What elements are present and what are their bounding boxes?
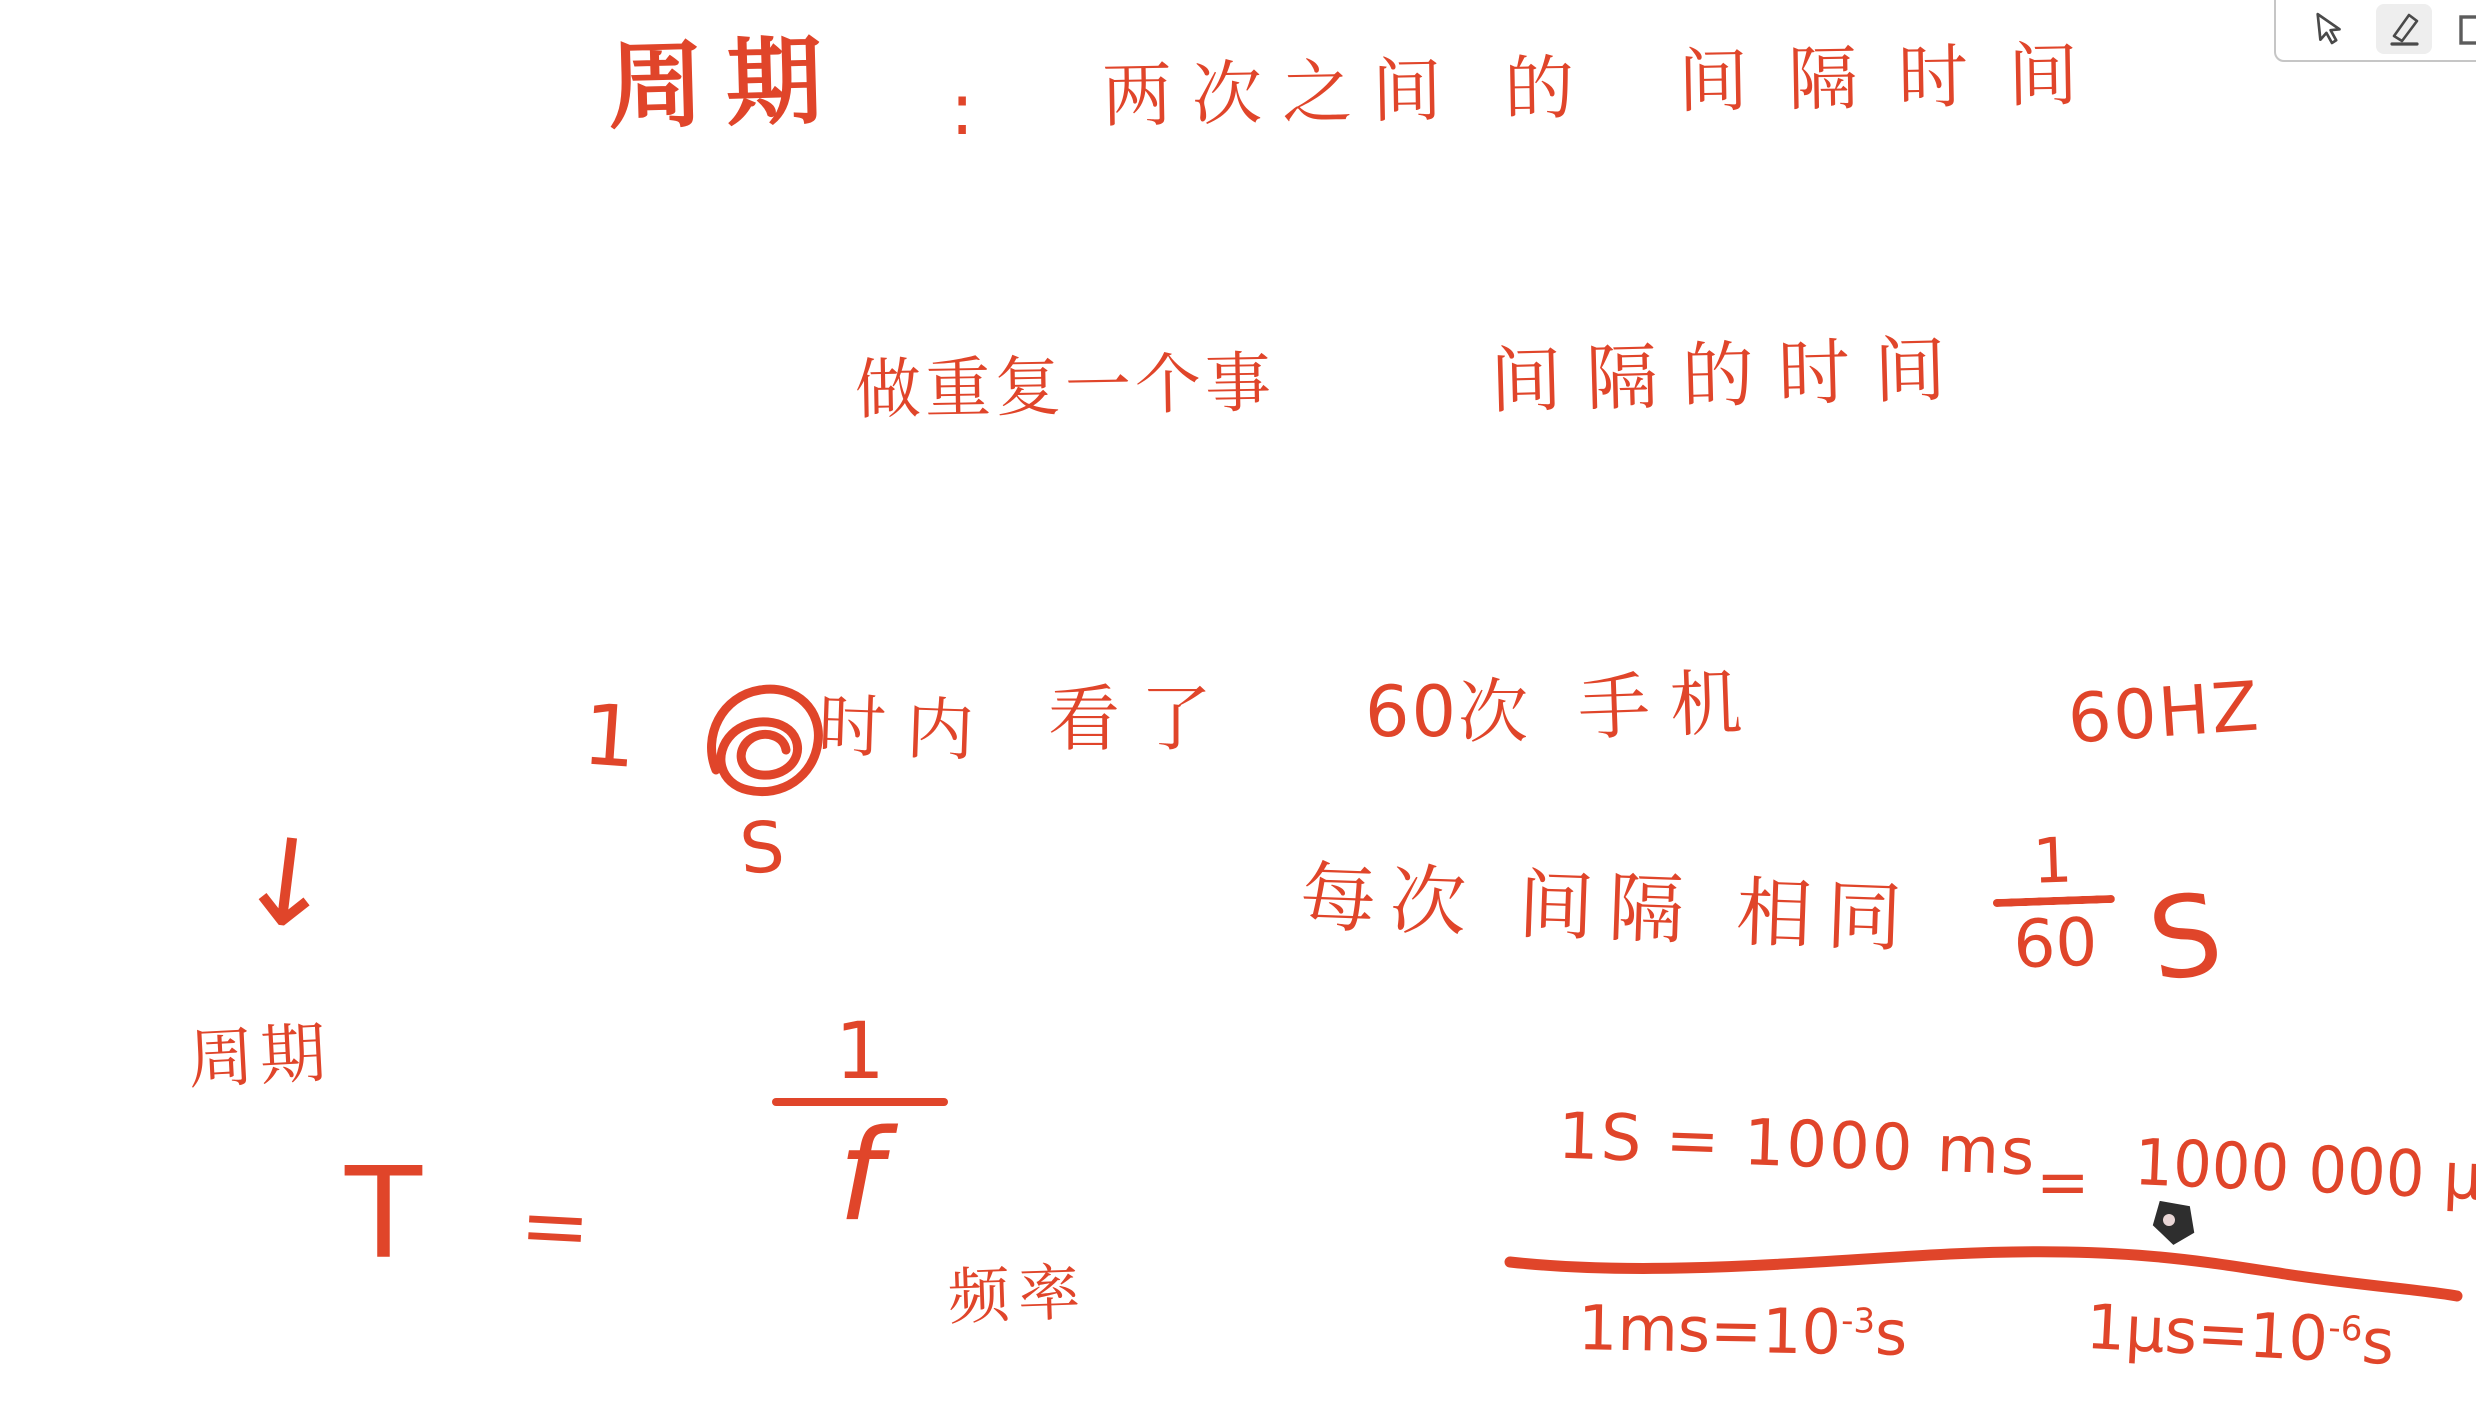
example-times: 60次 — [1365, 676, 1530, 750]
note-definition-line1b: 间隔时间 — [1677, 38, 2118, 119]
us-exponent: -6 — [2327, 1308, 2363, 1350]
us-base: 1μs=10 — [2084, 1290, 2330, 1376]
fraction-numerator: 1 — [2032, 827, 2074, 893]
conversion-seconds-to-ms: 1S = 1000 ms — [1557, 1104, 2038, 1188]
ms-exponent: -3 — [1841, 1301, 1876, 1342]
drawing-toolbar — [2274, 0, 2476, 62]
conversion-ms-definition: 1ms=10-3s — [1577, 1295, 1907, 1366]
shape-tool-button[interactable] — [2454, 4, 2476, 54]
fraction-unit-seconds: S — [2142, 876, 2229, 1002]
example-unit: 时内 — [817, 691, 995, 768]
note-title-period: 周期 — [607, 31, 846, 138]
example-frequency: 60HZ — [2066, 671, 2263, 756]
example-seconds-correction: S — [737, 811, 786, 887]
note-definition-line1a: 两次之间 的 — [1101, 52, 1594, 134]
fraction-one-sixtieth: 1 60 — [1990, 826, 2117, 981]
note-definition-line2a: 做重复一个事 — [854, 348, 1275, 425]
select-tool-button[interactable] — [2298, 4, 2354, 54]
ms-base: 1ms=10 — [1577, 1291, 1841, 1369]
fraction-one-over-f: 1 f — [772, 1012, 948, 1242]
frequency-label: 频率 — [947, 1260, 1089, 1330]
conversion-equals: = — [2036, 1150, 2090, 1217]
formula-equals: = — [518, 1180, 593, 1272]
rectangle-shape-icon — [2458, 10, 2476, 48]
whiteboard-canvas[interactable]: 周期 : 两次之间 的 间隔时间 做重复一个事 间隔的时间 1 时内 S 看了 … — [0, 0, 2476, 1424]
example-phone: 手机 — [1577, 665, 1764, 747]
interval-text: 每次 间隔 相同 — [1299, 857, 1918, 958]
example-count: 1 — [580, 690, 639, 782]
example-looked: 看了 — [1048, 682, 1232, 758]
ms-suffix: s — [1874, 1296, 1908, 1370]
fraction-numerator: 1 — [835, 1012, 885, 1094]
cursor-arrow-icon — [2307, 8, 2345, 49]
fraction-denominator: 60 — [2012, 908, 2098, 980]
us-suffix: s — [2360, 1304, 2396, 1379]
note-title-colon: : — [950, 72, 974, 148]
pen-icon — [2383, 8, 2425, 50]
pen-tool-button[interactable] — [2376, 4, 2432, 54]
scribble-strikethrough-ink — [688, 678, 828, 813]
note-definition-line2b: 间隔的时间 — [1489, 332, 1971, 420]
down-arrow-ink: ↓ — [229, 816, 344, 953]
pen-nib-cursor — [2142, 1192, 2202, 1252]
fraction-denominator: f — [838, 1110, 882, 1242]
arrow-label-period: 周期 — [186, 1018, 333, 1095]
formula-T: T — [345, 1148, 422, 1280]
